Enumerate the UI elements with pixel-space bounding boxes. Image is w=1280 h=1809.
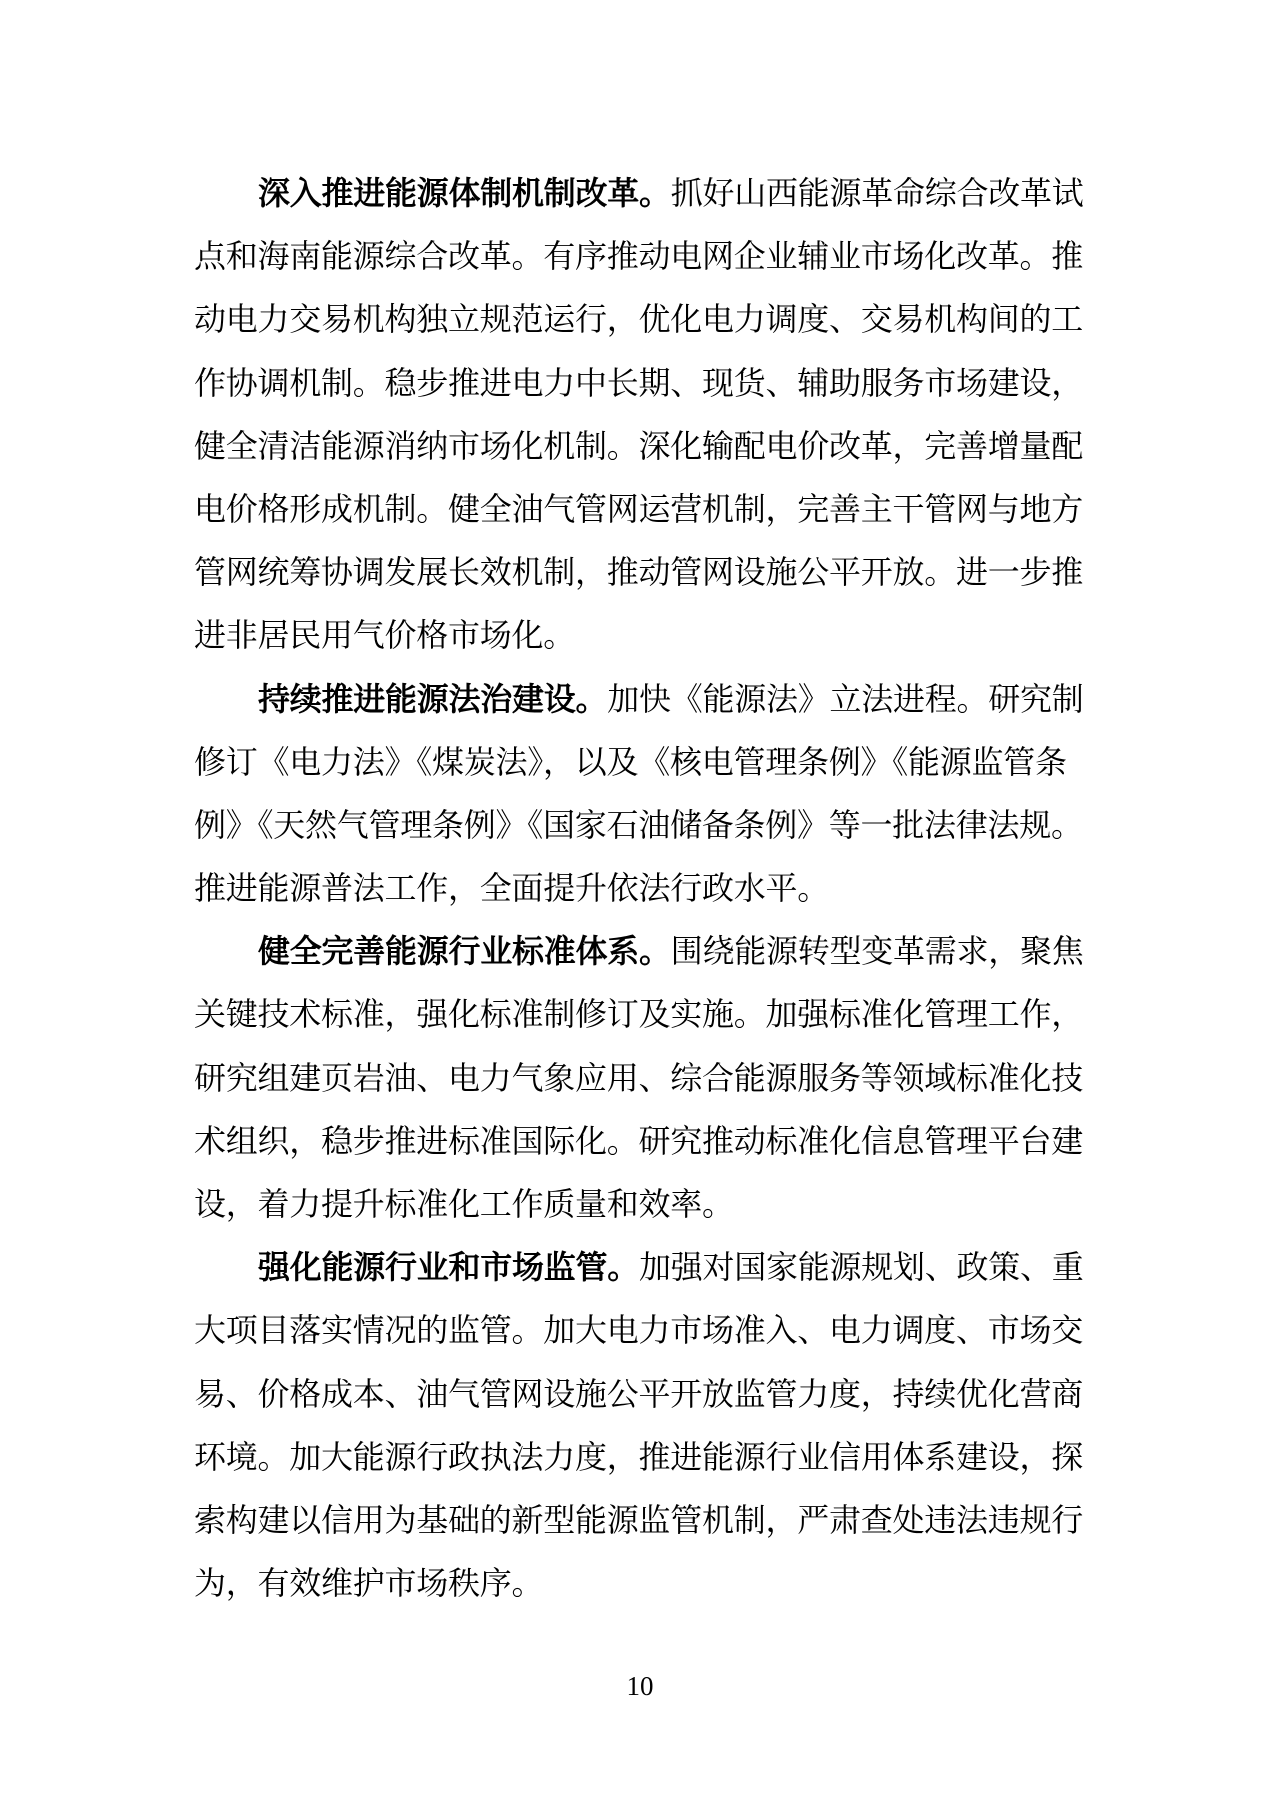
text-line: 健全清洁能源消纳市场化机制。深化输配电价改革，完善增量配 [194,415,1124,478]
paragraph-lead: 持续推进能源法治建设。 [258,681,607,717]
text-line: 点和海南能源综合改革。有序推动电网企业辅业市场化改革。推 [194,225,1124,288]
text-line-content: 围绕能源转型变革需求，聚焦 [671,933,1084,969]
text-line: 修订《电力法》《煤炭法》，以及《核电管理条例》《能源监管条 [194,731,1124,794]
text-line: 深入推进能源体制机制改革。抓好山西能源革命综合改革试 [194,162,1124,225]
text-line: 环境。加大能源行政执法力度，推进能源行业信用体系建设，探 [194,1426,1124,1489]
text-line: 管网统筹协调发展长效机制，推动管网设施公平开放。进一步推 [194,541,1124,604]
paragraph-lead: 强化能源行业和市场监管。 [258,1249,639,1285]
text-line: 为，有效维护市场秩序。 [194,1552,1124,1615]
text-line-content: 加快《能源法》立法进程。研究制 [607,681,1083,717]
paragraph-lead: 深入推进能源体制机制改革。 [258,175,671,211]
text-line: 持续推进能源法治建设。加快《能源法》立法进程。研究制 [194,668,1124,731]
text-line: 强化能源行业和市场监管。加强对国家能源规划、政策、重 [194,1236,1124,1299]
text-line: 健全完善能源行业标准体系。围绕能源转型变革需求，聚焦 [194,920,1124,983]
text-line: 推进能源普法工作，全面提升依法行政水平。 [194,857,1124,920]
text-line: 设，着力提升标准化工作质量和效率。 [194,1173,1124,1236]
text-line: 例》《天然气管理条例》《国家石油储备条例》等一批法律法规。 [194,794,1124,857]
text-line: 电价格形成机制。健全油气管网运营机制，完善主干管网与地方 [194,478,1124,541]
page-number: 10 [0,1670,1280,1702]
text-line-content: 加强对国家能源规划、政策、重 [639,1249,1084,1285]
document-body-text: 深入推进能源体制机制改革。抓好山西能源革命综合改革试 点和海南能源综合改革。有序… [194,162,1124,1615]
text-line: 动电力交易机构独立规范运行，优化电力调度、交易机构间的工 [194,288,1124,351]
text-line: 易、价格成本、油气管网设施公平开放监管力度，持续优化营商 [194,1363,1124,1426]
text-line: 关键技术标准，强化标准制修订及实施。加强标准化管理工作， [194,983,1124,1046]
paragraph-lead: 健全完善能源行业标准体系。 [258,933,671,969]
text-line: 大项目落实情况的监管。加大电力市场准入、电力调度、市场交 [194,1299,1124,1362]
text-line: 研究组建页岩油、电力气象应用、综合能源服务等领域标准化技 [194,1047,1124,1110]
text-line: 术组织，稳步推进标准国际化。研究推动标准化信息管理平台建 [194,1110,1124,1173]
text-line: 作协调机制。稳步推进电力中长期、现货、辅助服务市场建设， [194,352,1124,415]
text-line-content: 抓好山西能源革命综合改革试 [671,175,1084,211]
document-page: 深入推进能源体制机制改革。抓好山西能源革命综合改革试 点和海南能源综合改革。有序… [0,0,1280,1809]
text-line: 索构建以信用为基础的新型能源监管机制，严肃查处违法违规行 [194,1489,1124,1552]
text-line: 进非居民用气价格市场化。 [194,604,1124,667]
